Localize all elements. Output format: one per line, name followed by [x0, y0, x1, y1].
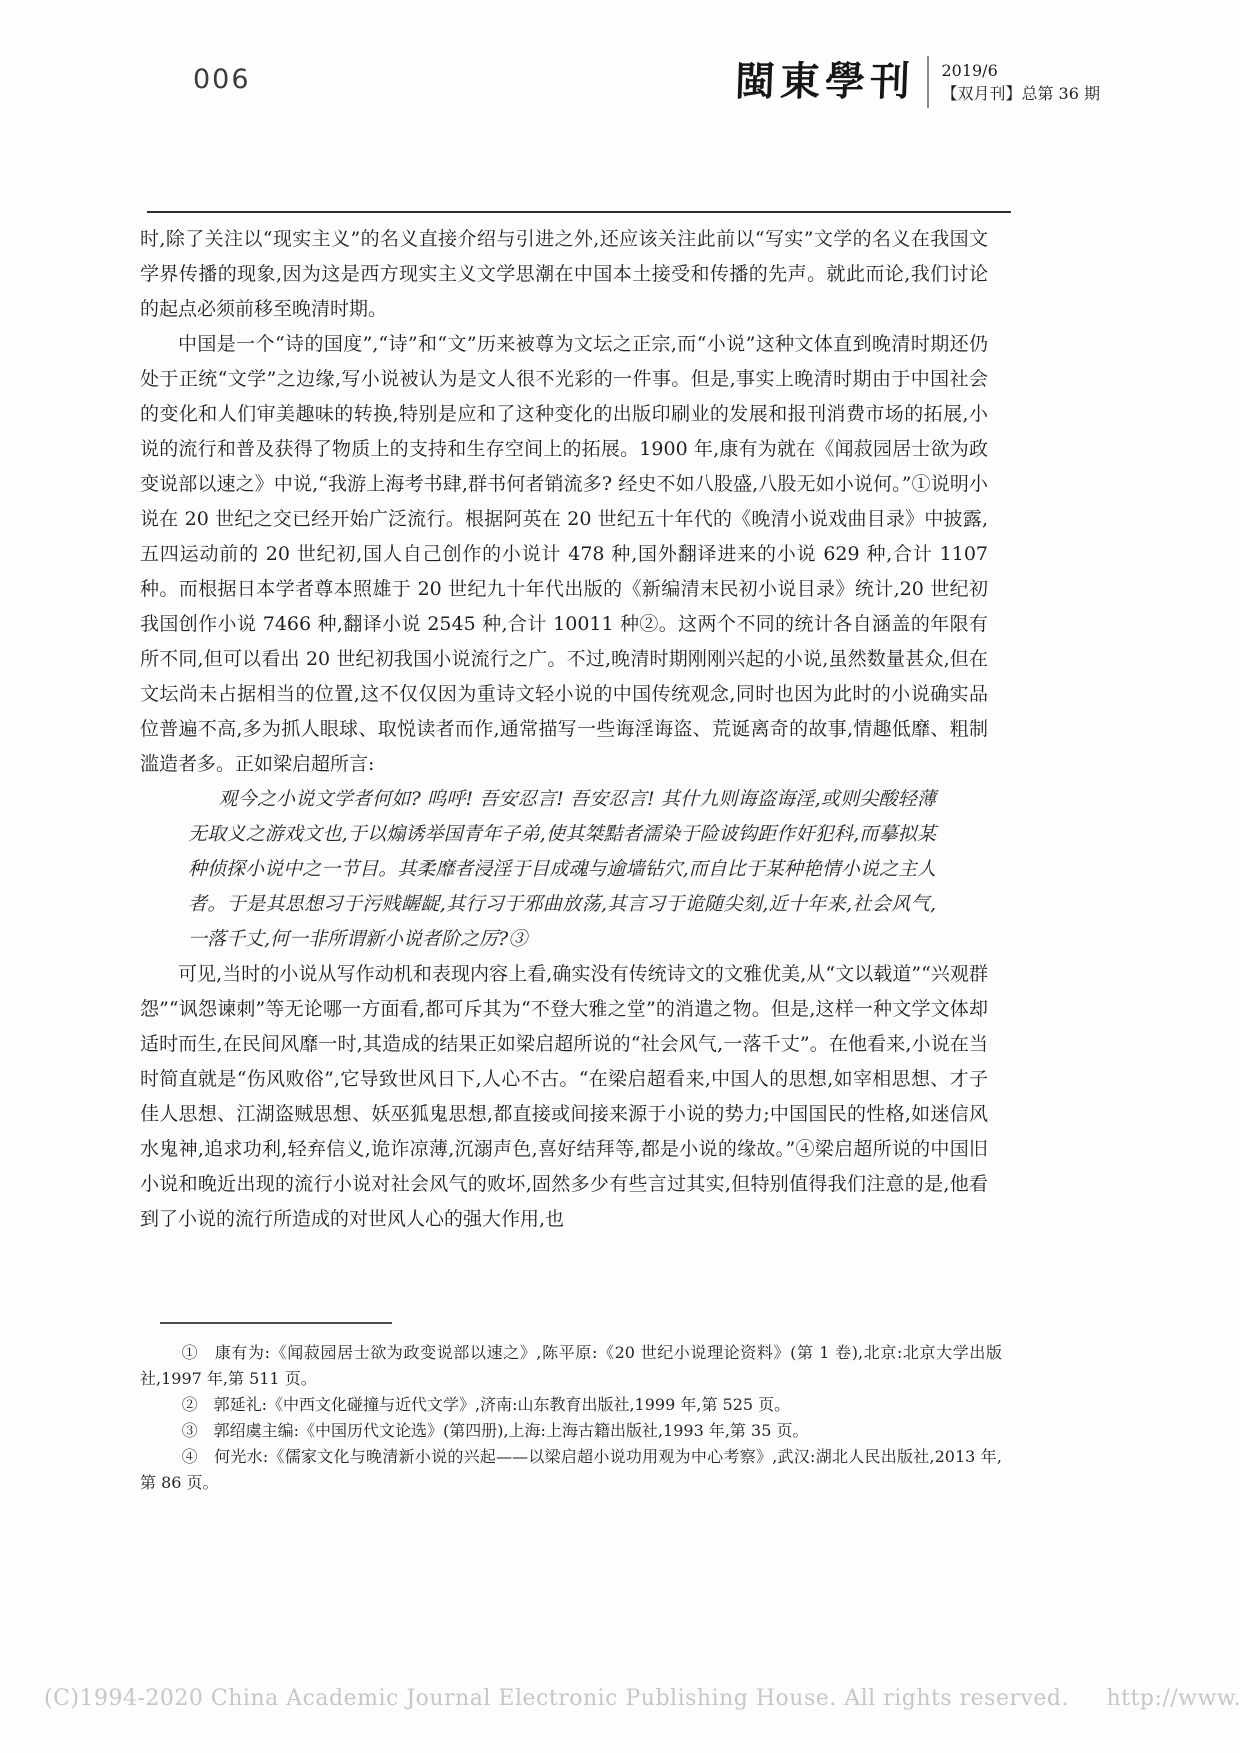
cnki-url: http://www.cnki.net: [1107, 1686, 1240, 1711]
journal-logo: 閩東學刊: [735, 62, 916, 102]
footnotes-section: ① 康有为:《闻菽园居士欲为政变说部以速之》,陈平原:《20 世纪小说理论资料》…: [140, 1340, 1002, 1496]
journal-masthead: 閩東學刊 2019/6 【双月刊】总第 36 期: [735, 56, 1100, 108]
page-number: 006: [193, 64, 251, 95]
paragraph-3: 可见,当时的小说从写作动机和表现内容上看,确实没有传统诗文的文雅优美,从“文以载…: [140, 957, 988, 1237]
footnote-4: ④ 何光水:《儒家文化与晚清新小说的兴起——以梁启超小说功用观为中心考察》,武汉…: [140, 1444, 1002, 1496]
paragraph-2: 中国是一个“诗的国度”,“诗”和“文”历来被尊为文坛之正宗,而“小说”这种文体直…: [140, 327, 988, 782]
liang-qichao-quote: 观今之小说文学者何如? 呜呼! 吾安忍言! 吾安忍言! 其什九则诲盗诲淫,或则尖…: [188, 782, 936, 957]
copyright-text: (C)1994-2020 China Academic Journal Elec…: [44, 1686, 1069, 1711]
masthead-divider: [927, 56, 929, 108]
header-rule: [147, 211, 1011, 213]
article-body: 时,除了关注以“现实主义”的名义直接介绍与引进之外,还应该关注此前以“写实”文学…: [140, 222, 988, 1237]
journal-page: 006 閩東學刊 2019/6 【双月刊】总第 36 期 时,除了关注以“现实主…: [0, 0, 1240, 1753]
paragraph-1: 时,除了关注以“现实主义”的名义直接介绍与引进之外,还应该关注此前以“写实”文学…: [140, 222, 988, 327]
issue-date: 2019/6: [941, 59, 1100, 82]
footnote-2: ② 郭延礼:《中西文化碰撞与近代文学》,济南:山东教育出版社,1999 年,第 …: [140, 1392, 1002, 1418]
footnote-1: ① 康有为:《闻菽园居士欲为政变说部以速之》,陈平原:《20 世纪小说理论资料》…: [140, 1340, 1002, 1392]
issue-block: 2019/6 【双月刊】总第 36 期: [941, 59, 1100, 105]
footnote-3: ③ 郭绍虞主编:《中国历代文论选》(第四册),上海:上海古籍出版社,1993 年…: [140, 1418, 1002, 1444]
cnki-watermark: (C)1994-2020 China Academic Journal Elec…: [44, 1686, 1194, 1711]
issue-info: 【双月刊】总第 36 期: [941, 82, 1100, 105]
footnote-rule: [160, 1322, 392, 1324]
